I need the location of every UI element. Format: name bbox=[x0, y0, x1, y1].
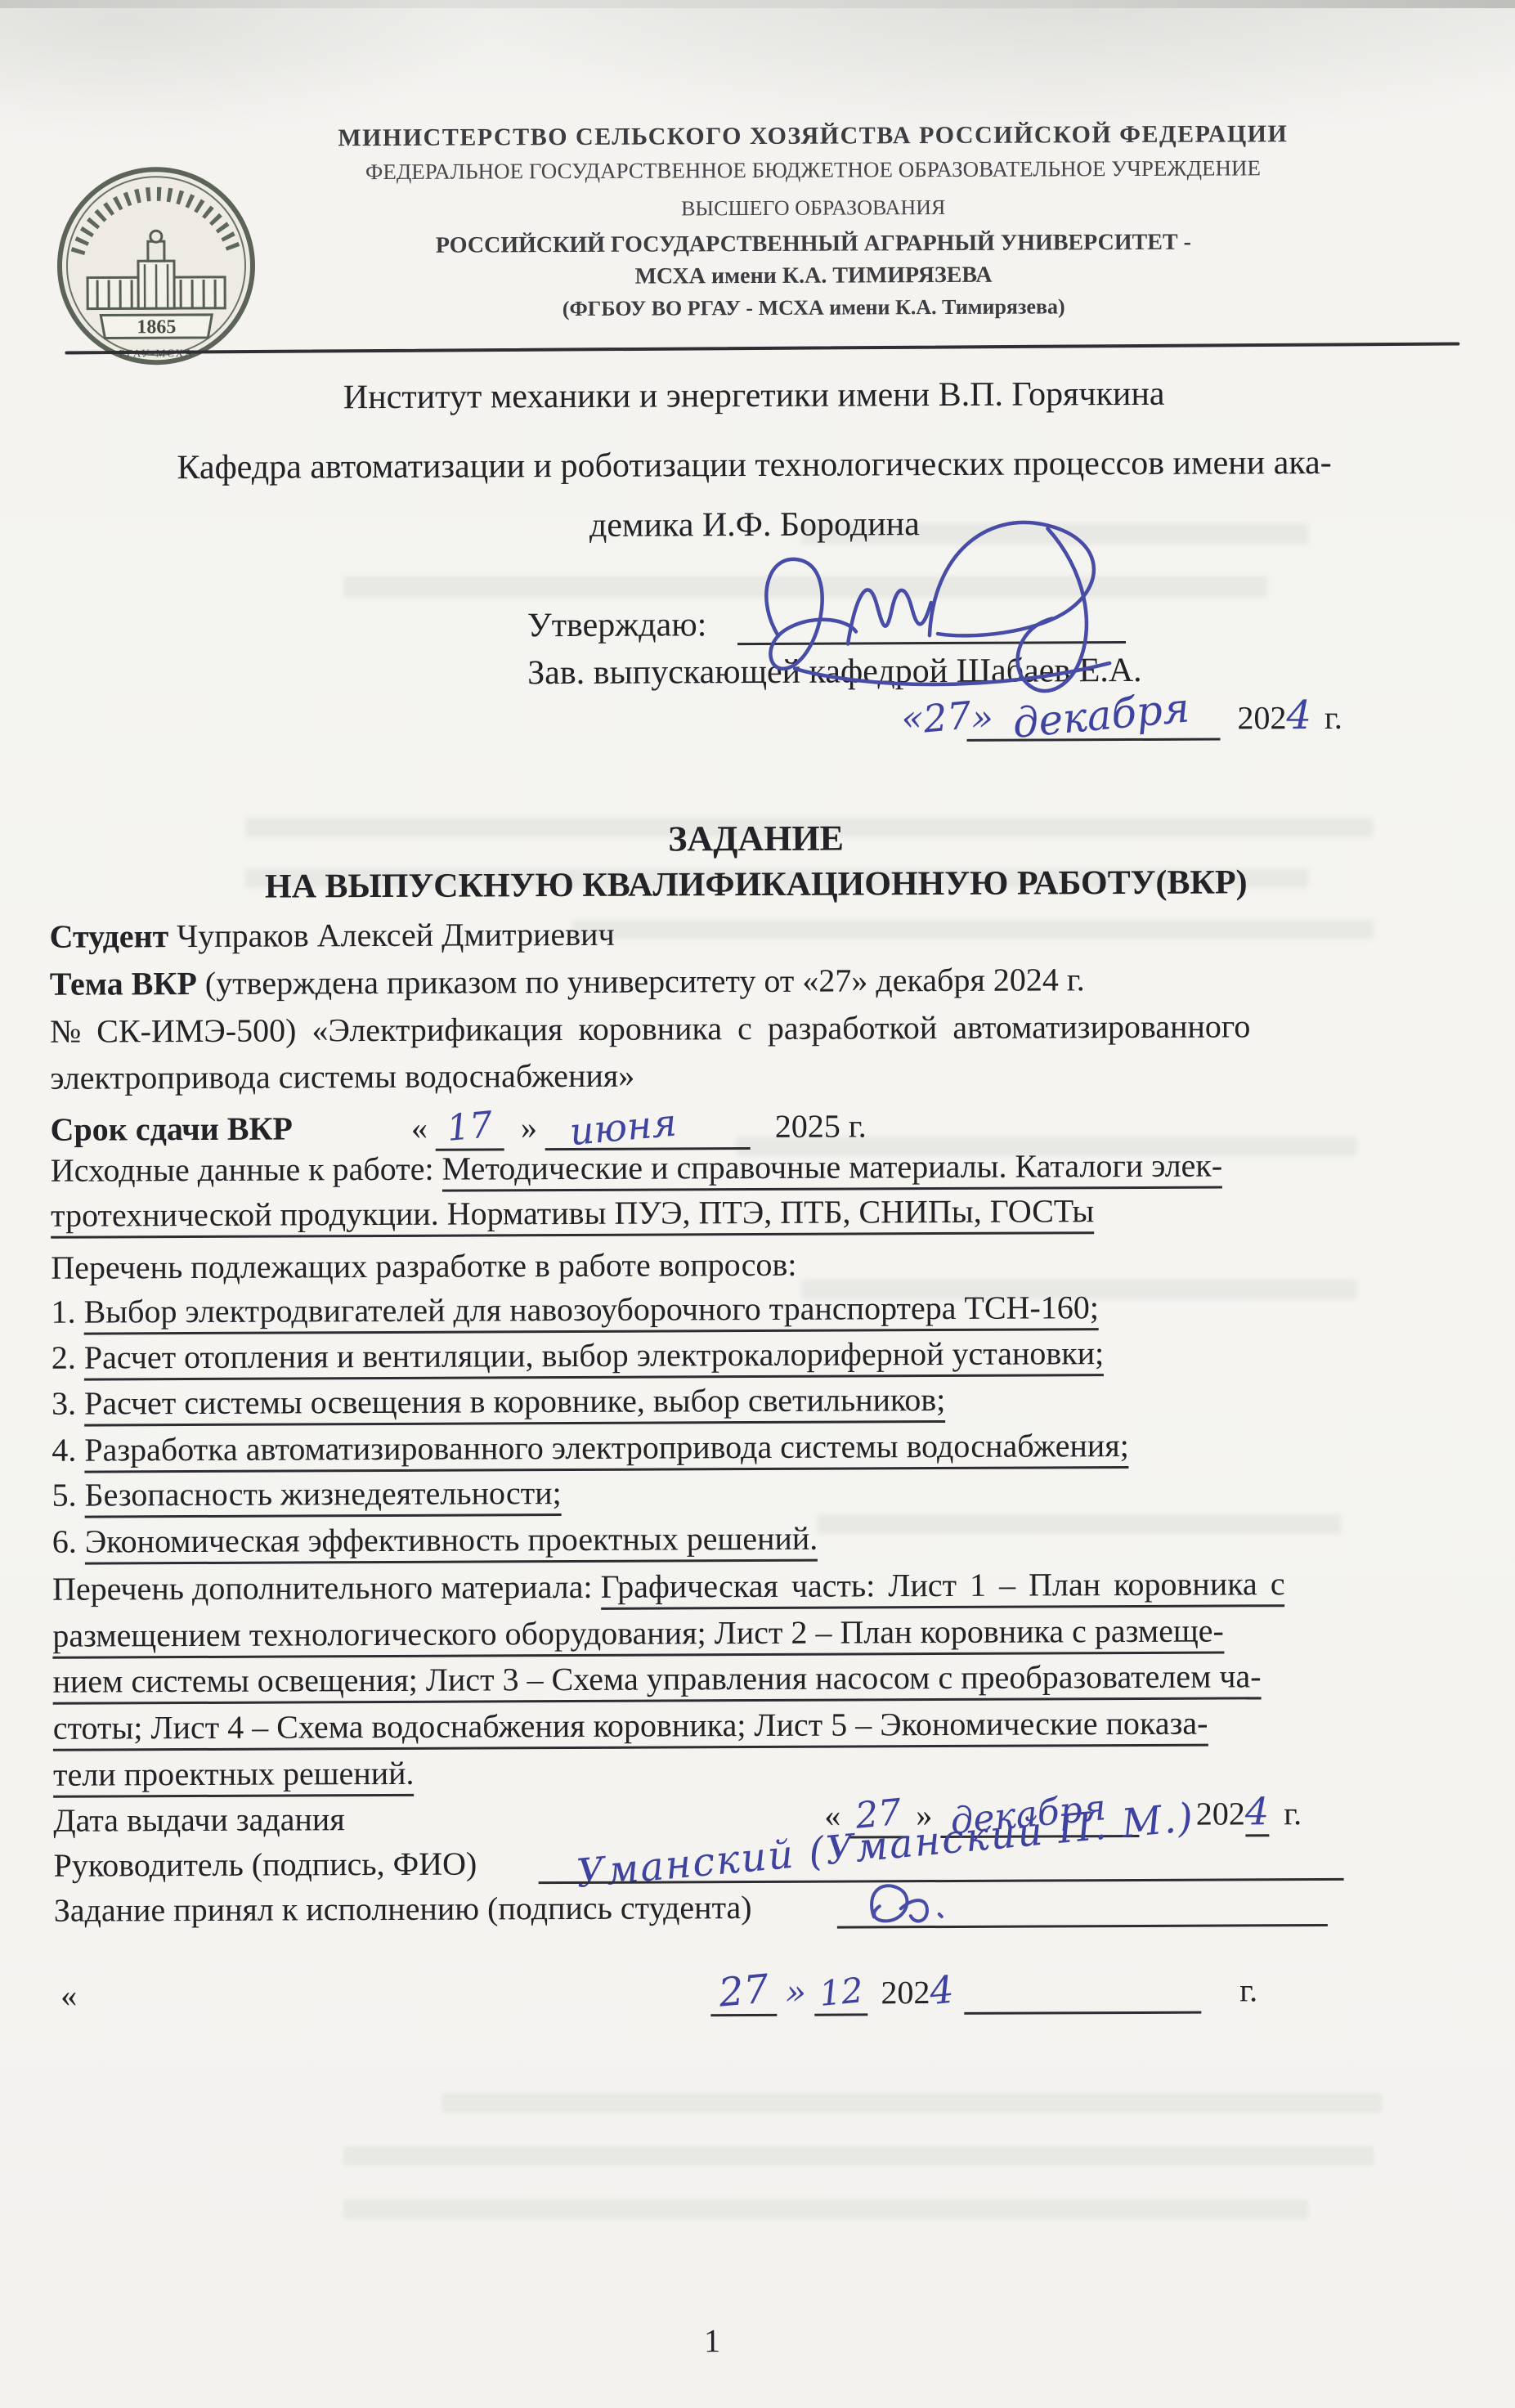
university-seal-logo: 1865 РГАУ-МСХА bbox=[52, 163, 259, 370]
task-text: Расчет системы освещения в коровнике, вы… bbox=[84, 1381, 946, 1427]
deadline-quote-close: » bbox=[521, 1109, 537, 1146]
approval-year: 202 bbox=[1237, 699, 1286, 736]
institute-name: Институт механики и энергетики имени В.П… bbox=[0, 371, 1512, 421]
bottom-date-line bbox=[964, 2011, 1201, 2015]
initial-data-underlined-1: Методические и справочные материалы. Кат… bbox=[442, 1147, 1222, 1192]
initial-data-line-2: тротехнической продукции. Нормативы ПУЭ,… bbox=[51, 1191, 1094, 1236]
task-text: Расчет отопления и вентиляции, выбор эле… bbox=[84, 1334, 1105, 1380]
bottom-year-suffix: г. bbox=[1239, 1970, 1257, 2011]
page-number: 1 bbox=[704, 2321, 720, 2361]
tasks-heading: Перечень подлежащих разработке в работе … bbox=[51, 1244, 796, 1289]
additional-line-4: стоты; Лист 4 – Схема водоснабжения коро… bbox=[53, 1703, 1208, 1749]
additional-label: Перечень дополнительного материала: bbox=[52, 1568, 593, 1608]
task-item-5: 5. Безопасность жизнедеятельности; bbox=[52, 1473, 561, 1516]
issue-year-suffix: г. bbox=[1284, 1795, 1302, 1832]
bottom-day-handwritten: 27 bbox=[709, 1963, 779, 2018]
task-item-3: 3. Расчет системы освещения в коровнике,… bbox=[52, 1379, 946, 1424]
student-name: Чупраков Алексей Дмитриевич bbox=[177, 916, 615, 954]
issue-year: 202 bbox=[1196, 1795, 1245, 1832]
task-item-6: 6. Экономическая эффективность проектных… bbox=[52, 1518, 818, 1563]
issue-date-label: Дата выдачи задания bbox=[53, 1799, 345, 1841]
task-num: 4. bbox=[52, 1432, 76, 1469]
bottom-year-digit-handwritten: 4 bbox=[928, 1966, 956, 2016]
approval-year-suffix: г. bbox=[1325, 699, 1342, 736]
issue-year-digit-handwritten: 4 bbox=[1245, 1789, 1270, 1833]
doc-subtitle: НА ВЫПУСКНУЮ КВАЛИФИКАЦИОННУЮ РАБОТУ(ВКР… bbox=[0, 860, 1513, 910]
additional-underlined-4: стоты; Лист 4 – Схема водоснабжения коро… bbox=[53, 1705, 1208, 1751]
student-line: Студент Чупраков Алексей Дмитриевич bbox=[49, 914, 614, 957]
initial-data-label: Исходные данные к работе: bbox=[51, 1150, 434, 1189]
task-text: Разработка автоматизированного электропр… bbox=[84, 1427, 1129, 1473]
bottom-year: 202 bbox=[881, 1974, 930, 2011]
task-num: 5. bbox=[52, 1477, 76, 1513]
additional-underlined-3: нием системы освещения; Лист 3 – Схема у… bbox=[52, 1657, 1261, 1704]
bottom-month-handwritten: 12 bbox=[813, 1969, 870, 2016]
approve-label: Утверждаю: bbox=[527, 603, 707, 647]
theme-line-3: электропривода системы водоснабжения» bbox=[50, 1056, 634, 1099]
additional-underlined-2: размещением технологического оборудовани… bbox=[52, 1612, 1224, 1659]
logo-year: 1865 bbox=[137, 316, 176, 338]
additional-underlined-1: Графическая часть: Лист 1 – План коровни… bbox=[600, 1565, 1284, 1610]
task-item-2: 2. Расчет отопления и вентиляции, выбор … bbox=[52, 1333, 1105, 1379]
additional-line-3: нием системы освещения; Лист 3 – Схема у… bbox=[52, 1656, 1261, 1702]
approval-quote-close: » bbox=[971, 697, 993, 739]
deadline-year: 2025 г. bbox=[775, 1107, 867, 1144]
initial-data-line-1: Исходные данные к работе: Методические и… bbox=[51, 1146, 1223, 1191]
scanned-document-page: 1865 РГАУ-МСХА МИНИСТЕРСТВО СЕЛЬСКОГО ХО… bbox=[0, 0, 1515, 2408]
department-name-line1: Кафедра автоматизации и роботизации техн… bbox=[0, 441, 1512, 491]
task-num: 3. bbox=[52, 1385, 76, 1422]
task-num: 6. bbox=[52, 1523, 77, 1560]
theme-line-2: № СК-ИМЭ-500) «Электрификация коровника … bbox=[50, 1006, 1250, 1052]
header-education-level: ВЫСШЕГО ОБРАЗОВАНИЯ bbox=[266, 194, 1361, 223]
approval-date-line: «27» декабря 2024 г. bbox=[901, 689, 1342, 742]
theme-label: Тема ВКР bbox=[50, 965, 197, 1002]
header-university-name-2: МСХА имени К.А. ТИМИРЯЗЕВА bbox=[266, 261, 1361, 292]
task-item-4: 4. Разработка автоматизированного электр… bbox=[52, 1425, 1129, 1471]
header-institution-type: ФЕДЕРАЛЬНОЕ ГОСУДАРСТВЕННОЕ БЮДЖЕТНОЕ ОБ… bbox=[265, 155, 1360, 186]
approval-day-handwritten: 27 bbox=[921, 692, 974, 743]
accepted-label: Задание принял к исполнению (подпись сту… bbox=[54, 1887, 752, 1931]
approval-quote-open: « bbox=[901, 697, 923, 739]
doc-title: ЗАДАНИЕ bbox=[0, 813, 1513, 864]
additional-line-5: тели проектных решений. bbox=[53, 1753, 415, 1796]
header-university-name: РОССИЙСКИЙ ГОСУДАРСТВЕННЫЙ АГРАРНЫЙ УНИВ… bbox=[266, 229, 1361, 260]
task-text: Экономическая эффективность проектных ре… bbox=[85, 1520, 818, 1565]
deadline-quote-open: « bbox=[411, 1110, 428, 1146]
bottom-quote-open: « bbox=[61, 1975, 77, 2016]
additional-line-2: размещением технологического оборудовани… bbox=[52, 1611, 1224, 1657]
task-item-1: 1. Выбор электродвигателей для навозоубо… bbox=[51, 1287, 1099, 1333]
task-num: 1. bbox=[51, 1294, 75, 1330]
header-ministry: МИНИСТЕРСТВО СЕЛЬСКОГО ХОЗЯЙСТВА РОССИЙС… bbox=[265, 120, 1360, 153]
task-text: Безопасность жизнедеятельности; bbox=[84, 1474, 561, 1518]
supervisor-label: Руководитель (подпись, ФИО) bbox=[53, 1844, 477, 1886]
additional-underlined-5: тели проектных решений. bbox=[53, 1755, 415, 1798]
header-university-abbrev: (ФГБОУ ВО РГАУ - МСХА имени К.А. Тимиряз… bbox=[266, 294, 1361, 323]
approval-year-digit-handwritten: 4 bbox=[1286, 693, 1311, 738]
additional-line-1: Перечень дополнительного материала: Граф… bbox=[52, 1563, 1285, 1610]
task-text: Выбор электродвигателей для навозоубороч… bbox=[83, 1289, 1099, 1334]
deadline-label: Срок сдачи ВКР bbox=[50, 1110, 292, 1147]
theme-line-1: Тема ВКР (утверждена приказом по универс… bbox=[50, 959, 1085, 1005]
initial-data-underlined-2: тротехнической продукции. Нормативы ПУЭ,… bbox=[51, 1192, 1094, 1239]
student-label: Студент bbox=[49, 917, 168, 955]
theme-rest: (утверждена приказом по университету от … bbox=[205, 961, 1085, 1002]
header-divider bbox=[65, 342, 1459, 354]
deadline-line: Срок сдачи ВКР « 17 » июня 2025 г. bbox=[50, 1101, 866, 1151]
bottom-date-values: 27 » 12 2024 bbox=[710, 1966, 954, 2016]
deadline-day-handwritten: 17 bbox=[434, 1101, 507, 1152]
bottom-quote-close: » bbox=[785, 1972, 806, 2012]
task-num: 2. bbox=[52, 1339, 76, 1376]
